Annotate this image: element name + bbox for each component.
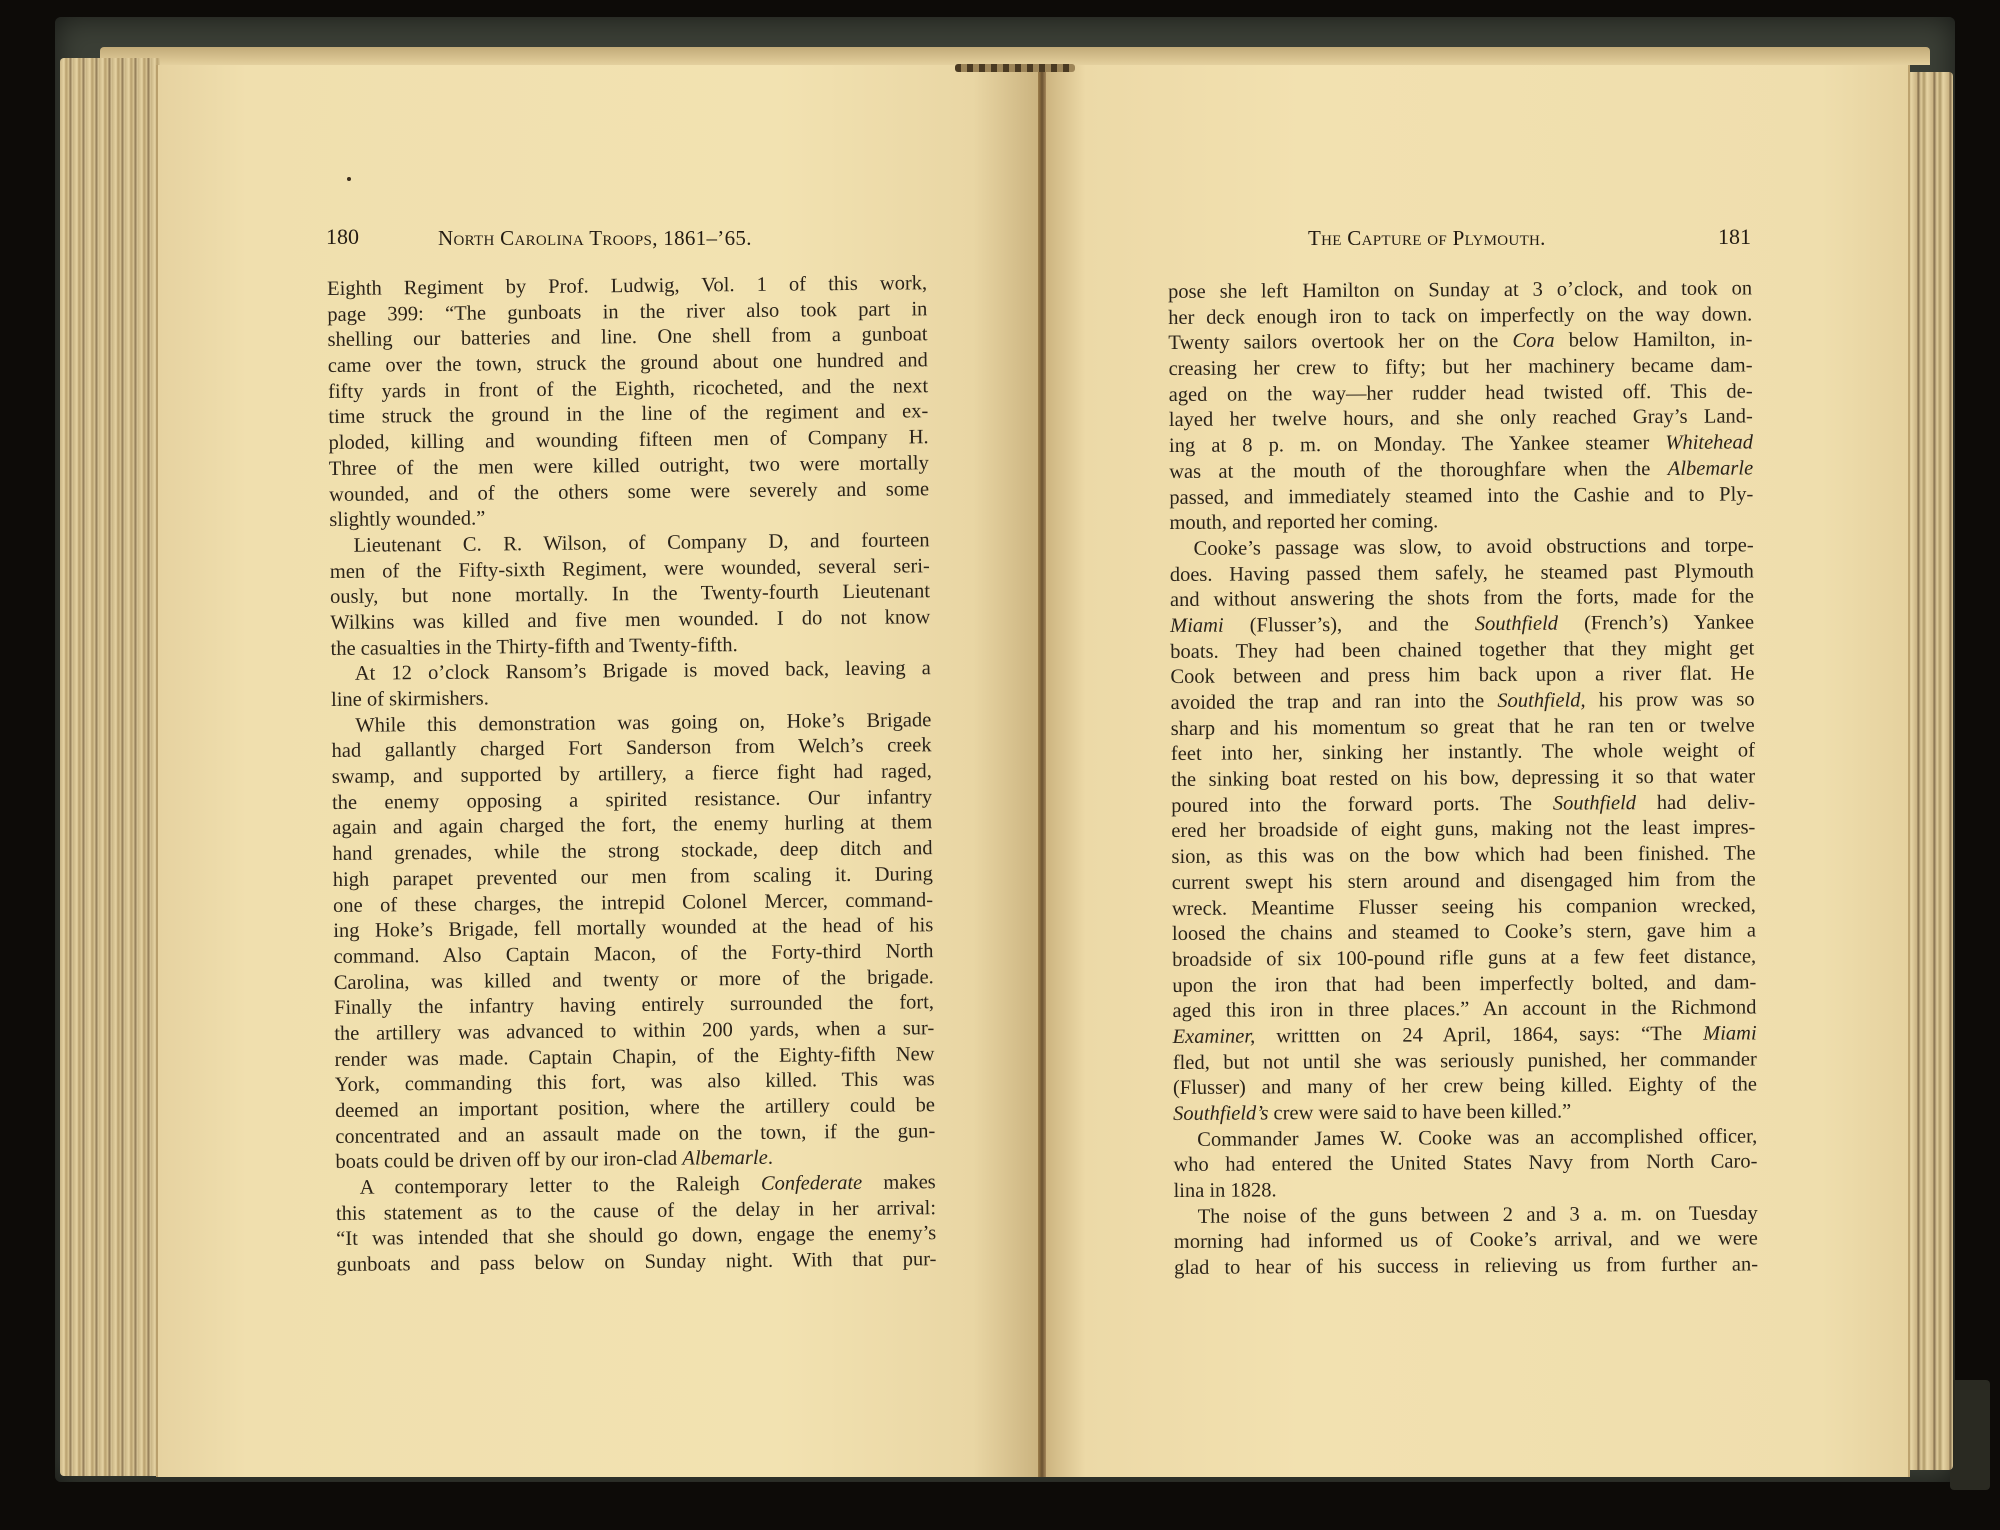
line-text: crew were said to have been killed.” — [1268, 1101, 1571, 1125]
text-line: Southfield’s crew were said to have been… — [1173, 1098, 1757, 1127]
text-line: feet into her, sinking her instantly. Th… — [1171, 739, 1755, 768]
italic-text: Southfield’s — [1173, 1102, 1268, 1125]
text-line: pose she left Hamilton on Sunday at 3 o’… — [1168, 276, 1752, 305]
line-text: writtten on 24 April, 1864, says: “The — [1255, 1023, 1703, 1048]
line-text: morning had informed us of Cooke’s arriv… — [1174, 1228, 1758, 1254]
text-line: Cook between and press him back upon a r… — [1170, 662, 1754, 691]
text-line: boats. They had been chained together th… — [1170, 636, 1754, 665]
text-line: morning had informed us of Cooke’s arriv… — [1174, 1227, 1758, 1256]
line-text: the casualties in the Thirty-fifth and T… — [330, 634, 737, 660]
italic-text: Whitehead — [1665, 432, 1753, 455]
text-line: Commander James W. Cooke was an accompli… — [1173, 1124, 1757, 1153]
line-text: current swept his stern around and disen… — [1172, 868, 1756, 894]
line-text: was at the mouth of the thoroughfare whe… — [1169, 458, 1668, 483]
line-text: page 399: “The gunboats in the river als… — [327, 298, 927, 326]
line-text: command. Also Captain Macon, of the Fort… — [333, 940, 933, 968]
spine-stitching — [955, 64, 1075, 72]
text-line: Miami (Flusser’s), and the Southfield (F… — [1170, 610, 1754, 639]
line-text: While this demonstration was going on, H… — [355, 709, 931, 737]
right-page-body: pose she left Hamilton on Sunday at 3 o’… — [1168, 276, 1758, 1281]
line-text: Cook between and press him back upon a r… — [1170, 663, 1754, 689]
line-text: Commander James W. Cooke was an accompli… — [1197, 1125, 1757, 1150]
line-text: deemed an important position, where the … — [335, 1094, 935, 1122]
right-page-number: 181 — [1718, 224, 1751, 250]
line-text: Lieutenant C. R. Wilson, of Company D, a… — [353, 529, 929, 557]
line-text: line of skirmishers. — [331, 687, 489, 711]
text-line: aged this iron in three places.” An acco… — [1172, 996, 1756, 1025]
line-text: time struck the ground in the line of th… — [328, 401, 928, 429]
text-line: Twenty sailors overtook her on the Cora … — [1168, 328, 1752, 357]
text-line: lina in 1828. — [1173, 1175, 1757, 1204]
text-line: poured into the forward ports. The South… — [1171, 790, 1755, 819]
line-text: poured into the forward ports. The — [1171, 792, 1553, 816]
line-text: (Flusser) and many of her crew being kil… — [1173, 1074, 1757, 1100]
line-text: the artillery was advanced to within 200… — [334, 1017, 934, 1045]
line-text: . — [768, 1147, 773, 1169]
text-line: avoided the trap and ran into the Southf… — [1171, 687, 1755, 716]
left-running-head-text: North Carolina Troops, 1861–’65. — [438, 226, 752, 250]
line-text: fled, but not until she was seriously pu… — [1173, 1048, 1757, 1074]
text-line: ered her broadside of eight guns, making… — [1171, 816, 1755, 845]
book-gutter — [1038, 65, 1046, 1477]
line-text: who had entered the United States Navy f… — [1173, 1151, 1757, 1177]
line-text: avoided the trap and ran into the — [1171, 690, 1498, 714]
line-text: pose she left Hamilton on Sunday at 3 o’… — [1168, 277, 1752, 303]
line-text: A contemporary letter to the Raleigh — [360, 1173, 761, 1199]
line-text: upon the iron that had been imperfectly … — [1172, 971, 1756, 997]
line-text: swamp, and supported by artillery, a fie… — [332, 760, 932, 788]
text-line: sharp and his momentum so great that he … — [1171, 713, 1755, 742]
line-text: came over the town, struck the ground ab… — [328, 349, 928, 377]
text-line: broadside of six 100-pound rifle guns at… — [1172, 944, 1756, 973]
text-line: mouth, and reported her coming. — [1169, 508, 1753, 537]
text-line: current swept his stern around and disen… — [1172, 867, 1756, 896]
text-line: Cooke’s passage was slow, to avoid obstr… — [1170, 533, 1754, 562]
line-text: aged on the way—her rudder head twisted … — [1169, 380, 1753, 406]
line-text: feet into her, sinking her instantly. Th… — [1171, 740, 1755, 766]
line-text: passed, and immediately steamed into the… — [1169, 483, 1753, 509]
line-text: loosed the chains and steamed to Cooke’s… — [1172, 920, 1756, 946]
line-text: one of these charges, the intrepid Colon… — [333, 889, 933, 917]
text-line: layed her twelve hours, and she only rea… — [1169, 405, 1753, 434]
left-page-number: 180 — [326, 224, 359, 250]
italic-text: Cora — [1512, 330, 1554, 352]
text-line: was at the mouth of the thoroughfare whe… — [1169, 456, 1753, 485]
line-text: glad to hear of his success in relieving… — [1174, 1254, 1758, 1280]
line-text: boats. They had been chained together th… — [1170, 637, 1754, 663]
line-text: The noise of the guns between 2 and 3 a.… — [1198, 1202, 1758, 1227]
line-text: Cooke’s passage was slow, to avoid obstr… — [1194, 534, 1754, 559]
paper-speck — [347, 177, 351, 181]
line-text: broadside of six 100-pound rifle guns at… — [1172, 945, 1756, 971]
line-text: wounded, and of the others some were sev… — [329, 478, 929, 506]
line-text: boats could be driven off by our iron-cl… — [335, 1148, 682, 1173]
text-line: upon the iron that had been imperfectly … — [1172, 970, 1756, 999]
line-text: his prow was so — [1586, 688, 1755, 711]
line-text: men of the Fifty-sixth Regiment, were wo… — [330, 555, 930, 583]
text-line: creasing her crew to fifty; but her mach… — [1168, 353, 1752, 382]
line-text: mouth, and reported her coming. — [1169, 511, 1438, 535]
line-text: creasing her crew to fifty; but her mach… — [1168, 354, 1752, 380]
text-line: does. Having passed them safely, he stea… — [1170, 559, 1754, 588]
line-text: slightly wounded.” — [329, 508, 485, 531]
line-text: York, commanding this fort, was also kil… — [335, 1069, 935, 1097]
text-line: fled, but not until she was seriously pu… — [1173, 1047, 1757, 1076]
line-text: sion, as this was on the bow which had b… — [1171, 843, 1755, 869]
italic-text: Miami — [1170, 615, 1224, 637]
line-text: layed her twelve hours, and she only rea… — [1169, 406, 1753, 432]
italic-text: Southfield, — [1497, 689, 1585, 712]
italic-text: Examiner, — [1173, 1025, 1256, 1048]
page-edges-top — [100, 47, 1930, 65]
text-line: wreck. Meantime Flusser seeing his compa… — [1172, 893, 1756, 922]
text-line: aged on the way—her rudder head twisted … — [1169, 379, 1753, 408]
line-text: below Hamilton, in- — [1555, 329, 1753, 352]
line-text: ploded, killing and wounding fifteen men… — [328, 426, 928, 454]
line-text: render was made. Captain Chapin, of the … — [334, 1043, 934, 1071]
line-text: her deck enough iron to tack on imperfec… — [1168, 303, 1752, 329]
italic-text: Confederate — [761, 1172, 863, 1195]
italic-text: Albemarle — [1668, 457, 1754, 480]
line-text: (French’s) Yankee — [1558, 611, 1754, 634]
line-text: Carolina, was killed and twenty or more … — [334, 966, 934, 994]
line-text: this statement as to the cause of the de… — [336, 1197, 936, 1225]
line-text: the enemy opposing a spirited resistance… — [332, 786, 932, 814]
line-text: gunboats and pass below on Sunday night.… — [336, 1248, 936, 1276]
line-text: makes — [862, 1171, 936, 1194]
line-text: Eighth Regiment by Prof. Ludwig, Vol. 1 … — [327, 272, 927, 300]
line-text: had deliv- — [1636, 791, 1755, 814]
line-text: fifty yards in front of the Eighth, rico… — [328, 375, 928, 403]
line-text: At 12 o’clock Ransom’s Brigade is moved … — [355, 658, 931, 686]
line-text: and without answering the shots from the… — [1170, 586, 1754, 612]
italic-text: Southfield — [1553, 792, 1636, 815]
line-text: again and again charged the fort, the en… — [332, 812, 932, 840]
line-text: the sinking boat rested on his bow, depr… — [1171, 765, 1755, 791]
line-text: “It was intended that she should go down… — [336, 1223, 936, 1251]
text-line: glad to hear of his success in relieving… — [1174, 1253, 1758, 1282]
left-page-body: Eighth Regiment by Prof. Ludwig, Vol. 1 … — [327, 271, 937, 1279]
line-text: lina in 1828. — [1173, 1179, 1276, 1202]
text-line: who had entered the United States Navy f… — [1173, 1150, 1757, 1179]
line-text: Twenty sailors overtook her on the — [1168, 330, 1512, 354]
text-line: passed, and immediately steamed into the… — [1169, 482, 1753, 511]
line-text: hand grenades, while the strong stockade… — [332, 837, 932, 865]
italic-text: Southfield — [1475, 613, 1558, 636]
line-text: ered her broadside of eight guns, making… — [1171, 817, 1755, 843]
line-text: Finally the infantry having entirely sur… — [334, 991, 934, 1019]
line-text: high parapet prevented our men from scal… — [333, 863, 933, 891]
book-cover-corner — [1950, 1380, 1990, 1490]
italic-text: Miami — [1703, 1022, 1757, 1044]
text-line: her deck enough iron to tack on imperfec… — [1168, 302, 1752, 331]
right-running-head-text: The Capture of Plymouth. — [1308, 226, 1546, 250]
line-text: ing at 8 p. m. on Monday. The Yankee ste… — [1169, 432, 1665, 457]
line-text: had gallantly charged Fort Sanderson fro… — [331, 735, 931, 763]
text-line: the sinking boat rested on his bow, depr… — [1171, 764, 1755, 793]
line-text: aged this iron in three places.” An acco… — [1172, 997, 1756, 1023]
line-text: sharp and his momentum so great that he … — [1171, 714, 1755, 740]
line-text: (Flusser’s), and the — [1224, 613, 1475, 637]
line-text: Wilkins was killed and five men wounded.… — [330, 606, 930, 634]
text-line: (Flusser) and many of her crew being kil… — [1173, 1073, 1757, 1102]
line-text: ing Hoke’s Brigade, fell mortally wounde… — [333, 914, 933, 942]
left-running-head: North Carolina Troops, 1861–’65. — [438, 226, 752, 251]
right-running-head: The Capture of Plymouth. — [1308, 226, 1546, 251]
line-text: concentrated and an assault made on the … — [335, 1120, 935, 1148]
line-text: wreck. Meantime Flusser seeing his compa… — [1172, 894, 1756, 920]
text-line: ing at 8 p. m. on Monday. The Yankee ste… — [1169, 431, 1753, 460]
line-text: does. Having passed them safely, he stea… — [1170, 560, 1754, 586]
line-text: Three of the men were killed outright, t… — [329, 452, 929, 480]
italic-text: Albemarle — [682, 1147, 768, 1170]
page-edges-left — [60, 58, 160, 1476]
line-text: shelling our batteries and line. One she… — [328, 324, 928, 352]
text-line: Examiner, writtten on 24 April, 1864, sa… — [1173, 1021, 1757, 1050]
text-line: loosed the chains and steamed to Cooke’s… — [1172, 919, 1756, 948]
text-line: sion, as this was on the bow which had b… — [1171, 842, 1755, 871]
text-line: The noise of the guns between 2 and 3 a.… — [1174, 1201, 1758, 1230]
page-edges-right — [1905, 72, 1953, 1470]
text-line: and without answering the shots from the… — [1170, 585, 1754, 614]
line-text: ously, but none mortally. In the Twenty-… — [330, 580, 930, 608]
